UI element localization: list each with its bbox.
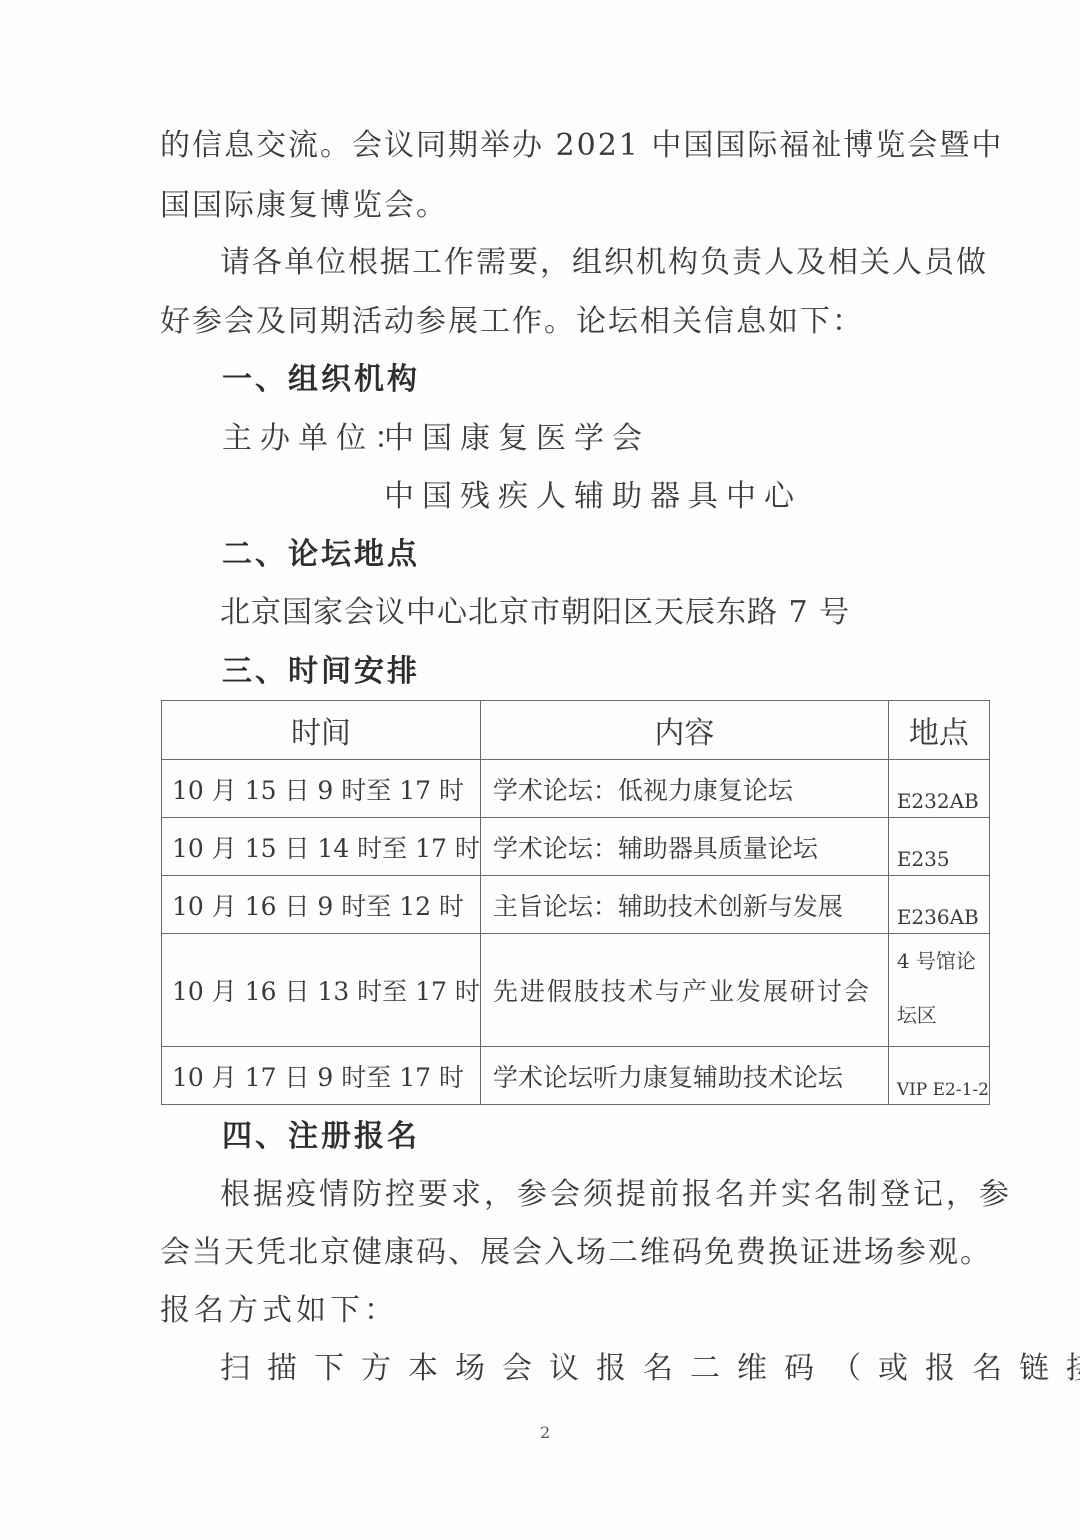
cell-time: 10 月 15 日 14 时至 17 时 (162, 818, 481, 876)
section-heading-schedule: 三、时间安排 (222, 657, 420, 687)
table-row: 10 月 16 日 9 时至 12 时 主旨论坛：辅助技术创新与发展 E236A… (162, 876, 990, 934)
section-heading-venue: 二、论坛地点 (222, 540, 420, 570)
column-header-place: 地点 (888, 701, 989, 760)
cell-content: 学术论坛：辅助器具质量论坛 (480, 818, 888, 876)
cell-content: 学术论坛：低视力康复论坛 (480, 760, 888, 818)
cell-time: 10 月 17 日 9 时至 17 时 (162, 1047, 481, 1105)
paragraph-line: 会当天凭北京健康码、展会入场二维码免费换证进场参观。 (160, 1238, 992, 1268)
paragraph-line: 请各单位根据工作需要，组织机构负责人及相关人员做 (220, 248, 988, 278)
table-row: 10 月 15 日 14 时至 17 时 学术论坛：辅助器具质量论坛 E235 (162, 818, 990, 876)
section-heading-registration: 四、注册报名 (222, 1122, 420, 1152)
cell-place: E236AB (888, 876, 989, 934)
table-row: 10 月 16 日 13 时至 17 时 先进假肢技术与产业发展研讨会 4 号馆… (162, 934, 990, 1047)
column-header-content: 内容 (480, 701, 888, 760)
table-row: 10 月 17 日 9 时至 17 时 学术论坛听力康复辅助技术论坛 VIP E… (162, 1047, 990, 1105)
column-header-time: 时间 (162, 701, 481, 760)
section-heading-organization: 一、组织机构 (222, 365, 420, 395)
cell-time: 10 月 16 日 13 时至 17 时 (162, 934, 481, 1047)
paragraph-line: 好参会及同期活动参展工作。论坛相关信息如下： (160, 307, 864, 337)
table-header-row: 时间 内容 地点 (162, 701, 990, 760)
cell-content: 学术论坛听力康复辅助技术论坛 (480, 1047, 888, 1105)
cell-place: 4 号馆论坛区 (888, 934, 989, 1047)
cell-content: 先进假肢技术与产业发展研讨会 (480, 934, 888, 1047)
venue-address: 北京国家会议中心北京市朝阳区天辰东路 7 号 (220, 598, 850, 628)
paragraph-line: 扫描下方本场会议报名二维码（或报名链接 (220, 1354, 1080, 1384)
paragraph-line: 根据疫情防控要求，参会须提前报名并实名制登记，参 (220, 1180, 1012, 1210)
host-organization: 中国康复医学会 (384, 424, 650, 454)
cell-time: 10 月 16 日 9 时至 12 时 (162, 876, 481, 934)
cell-content: 主旨论坛：辅助技术创新与发展 (480, 876, 888, 934)
paragraph-line: 报名方式如下： (160, 1296, 398, 1326)
cell-place: VIP E2-1-2 (888, 1047, 989, 1105)
schedule-table: 时间 内容 地点 10 月 15 日 9 时至 17 时 学术论坛：低视力康复论… (161, 700, 990, 1105)
page-number: 2 (540, 1423, 550, 1442)
cell-place: E232AB (888, 760, 989, 818)
paragraph-line: 国国际康复博览会。 (160, 191, 448, 221)
paragraph-line: 的信息交流。会议同期举办 2021 中国国际福祉博览会暨中 (160, 131, 1003, 161)
cell-place: E235 (888, 818, 989, 876)
cell-time: 10 月 15 日 9 时至 17 时 (162, 760, 481, 818)
table-row: 10 月 15 日 9 时至 17 时 学术论坛：低视力康复论坛 E232AB (162, 760, 990, 818)
host-organization: 中国残疾人辅助器具中心 (384, 482, 802, 512)
